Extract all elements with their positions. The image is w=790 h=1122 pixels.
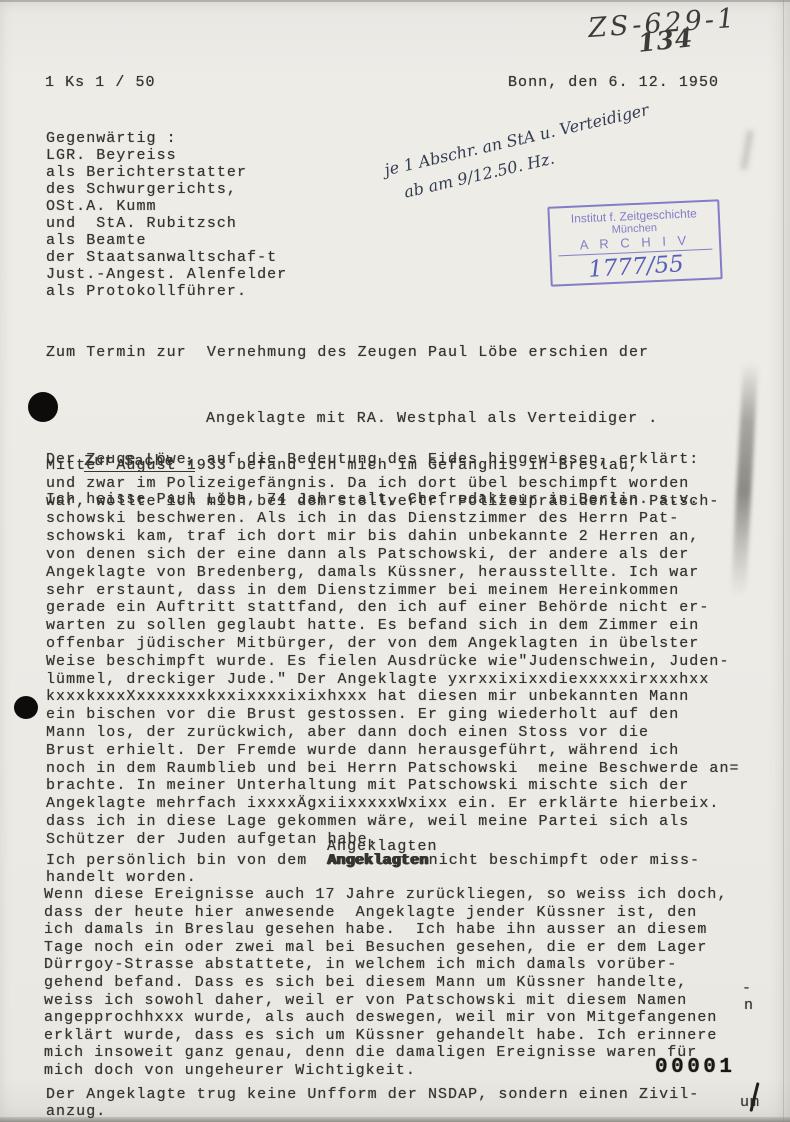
testimony-paragraph-2-line-2: handelt worden.	[46, 869, 197, 886]
body-intro-line: Zum Termin zur Vernehmung des Zeugen Pau…	[46, 344, 649, 361]
text-line: gerade ein Auftritt stattfand, den ich a…	[46, 599, 740, 617]
text-line: Angeklagte von Bredenberg, damals Küssne…	[46, 564, 740, 582]
dateline: Bonn, den 6. 12. 1950	[508, 74, 719, 91]
text-line: Brust erhielt. Der Fremde wurde dann her…	[46, 742, 740, 760]
text-line: ein bischen vor die Brust gestossen. Er …	[46, 706, 740, 724]
testimony-paragraph-3: Wenn diese Ereignisse auch 17 Jahre zurü…	[44, 886, 728, 1080]
testimony-paragraph-4: Der Angeklagte trug keine Unfform der NS…	[46, 1086, 699, 1120]
archive-stamp: Institut f. Zeitgeschichte München A R C…	[547, 199, 722, 286]
text-line: Dürrgoy-Strasse abstattete, in welchem i…	[44, 956, 728, 974]
present-persons-block: Gegenwärtig :LGR. Beyreissals Berichters…	[46, 130, 287, 300]
para2-post: nicht beschimpft oder miss-	[429, 852, 700, 869]
text-line: und zwar im Polizeigefängnis. Da ich dor…	[46, 475, 740, 493]
text-line: sehr erstaunt, dass in dem Dienstzimmer …	[46, 582, 740, 600]
text-line: als Beamte	[46, 232, 287, 249]
para2-pre: Ich persönlich bin von dem	[46, 852, 327, 869]
testimony-paragraph-1: Mitte August 1933 befand ich mich im Gef…	[46, 457, 740, 849]
appearance-line-1: Angeklagte mit RA. Westphal als Verteidi…	[46, 412, 699, 426]
text-line: Mann los, der zurückwich, aber dann doch…	[46, 724, 740, 742]
text-line: dass der heute hier anwesende Angeklagte…	[44, 904, 728, 922]
text-line: war, wollte ich mich bei dem stellvertr.…	[46, 493, 740, 511]
text-line: mich insoweit ganz genau, denn die damal…	[44, 1044, 728, 1062]
text-line: Just.-Angest. Alenfelder	[46, 266, 287, 283]
text-line: von denen sich der eine dann als Patscho…	[46, 546, 740, 564]
text-line: angepprochhxxx wurde, als auch deswegen,…	[44, 1009, 728, 1027]
text-line: als Berichterstatter	[46, 164, 287, 181]
text-line: warten zu sollen geglaubt hatte. Es befa…	[46, 617, 740, 635]
text-line: kxxxkxxxXxxxxxxxkxxixxxxixixhxxx hat die…	[46, 688, 740, 706]
text-line: OSt.A. Kumm	[46, 198, 287, 215]
text-line: Mitte August 1933 befand ich mich im Gef…	[46, 457, 740, 475]
text-line: ich damals in Breslau gesehen habe. Ich …	[44, 921, 728, 939]
para2-struck-word: Angeklagten	[327, 852, 428, 869]
text-line: Angeklagte mehrfach ixxxxÄgxiixxxxxWxixx…	[46, 795, 740, 813]
text-line: Wenn diese Ereignisse auch 17 Jahre zurü…	[44, 886, 728, 904]
text-line: LGR. Beyreiss	[46, 147, 287, 164]
hole-punch-bottom	[14, 696, 38, 719]
text-line: anzug.	[46, 1103, 699, 1120]
text-line: lümmel, dreckiger Jude." Der Angeklagte …	[46, 671, 740, 689]
text-line: als Protokollführer.	[46, 283, 287, 300]
text-line: Der Angeklagte trug keine Unfform der NS…	[46, 1086, 699, 1103]
text-line: und StA. Rubitzsch	[46, 215, 287, 232]
text-line: des Schwurgerichts,	[46, 181, 287, 198]
margin-fragment-dash: -	[742, 980, 752, 997]
scan-edge-top	[0, 0, 790, 2]
pencil-smudge-small	[741, 130, 754, 170]
text-line: brachte. In meiner Unterhaltung mit Pats…	[46, 777, 740, 795]
margin-fragment-n: n	[744, 997, 754, 1014]
page-stamp-number: 00001	[655, 1056, 736, 1079]
testimony-paragraph-2-line-1: Ich persönlich bin von dem Angeklagtenni…	[46, 852, 700, 869]
text-line: noch in dem Raumblieb und bei Herrn Pats…	[46, 760, 740, 778]
page-number-handwritten: 134	[637, 23, 695, 58]
text-line: weiss ich sowohl daher, weil er von Pats…	[44, 992, 728, 1010]
text-line: gehend befand. Dass es sich bei diesem M…	[44, 974, 728, 992]
text-line: erklärt wurde, dass es sich um Küssner g…	[44, 1027, 728, 1045]
case-number: 1 Ks 1 / 50	[45, 74, 156, 91]
document-page: ZS-629-1 134 1 Ks 1 / 50 Bonn, den 6. 12…	[0, 0, 790, 1122]
handwritten-distribution-note: je 1 Abschr. an StA u. Verteidiger ab am…	[382, 97, 657, 209]
scan-edge-right	[783, 0, 784, 1122]
text-line: der Staatsanwaltschaf-t	[46, 249, 287, 266]
text-line: mich doch von ungeheurer Wichtigkeit.	[44, 1062, 728, 1080]
text-line: schowski beschweren. Als ich in das Dien…	[46, 510, 740, 528]
text-line: schowski kam, traf ich dort mir bis dahi…	[46, 528, 740, 546]
text-line: Gegenwärtig :	[46, 130, 287, 147]
text-line: Tage noch ein oder zwei mal bei Besuchen…	[44, 939, 728, 957]
text-line: Weise beschimpft wurde. Es fielen Ausdrü…	[46, 653, 740, 671]
text-line: offenbar jüdischer Mitbürger, der von de…	[46, 635, 740, 653]
text-line: dass ich in diese Lage gekommen wäre, we…	[46, 813, 740, 831]
